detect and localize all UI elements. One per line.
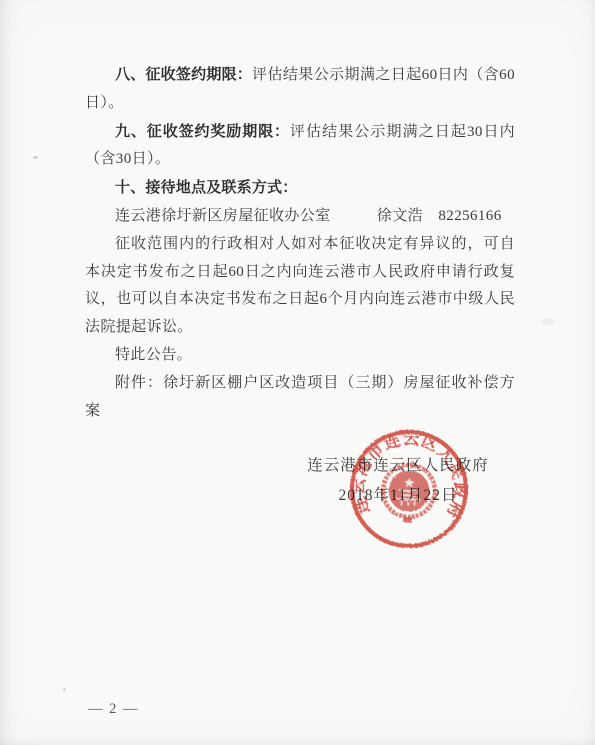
item-10-heading: 十、接待地点及联系方式：: [115, 179, 297, 196]
closing-line: 特此公告。: [85, 342, 515, 370]
appeal-paragraph: 征收范围内的行政相对人如对本征收决定有异议的，可自本决定书发布之日起60日之内向…: [85, 231, 515, 342]
attachment-line: 附件：徐圩新区棚户区改造项目（三期）房屋征收补偿方案: [85, 370, 515, 426]
item-8: 八、征收签约期限：评估结果公示期满之日起60日内（含60日）。: [85, 61, 515, 118]
page-number: — 2 —: [88, 701, 139, 718]
item-9: 九、征收签约奖励期限：评估结果公示期满之日起30日内（含30日）。: [85, 118, 515, 175]
item-8-heading: 八、征收签约期限：: [115, 66, 252, 83]
notice-body: 八、征收签约期限：评估结果公示期满之日起60日内（含60日）。 九、征收签约奖励…: [85, 61, 515, 425]
signature-issuer: 连云港市连云区人民政府: [287, 451, 509, 481]
scan-speck: [33, 156, 38, 159]
item-10: 十、接待地点及联系方式：: [85, 174, 515, 203]
document-page: 八、征收签约期限：评估结果公示期满之日起60日内（含60日）。 九、征收签约奖励…: [0, 0, 595, 745]
item-9-heading: 九、征收签约奖励期限：: [115, 123, 290, 140]
contact-line: 连云港徐圩新区房屋征收办公室 徐文浩 82256166: [85, 203, 515, 231]
scan-speck: [541, 318, 555, 325]
scan-speck: [63, 688, 66, 691]
signature-block: 连云港市连云区人民政府 2018年11月22日: [287, 451, 509, 510]
signature-date: 2018年11月22日: [287, 481, 509, 511]
